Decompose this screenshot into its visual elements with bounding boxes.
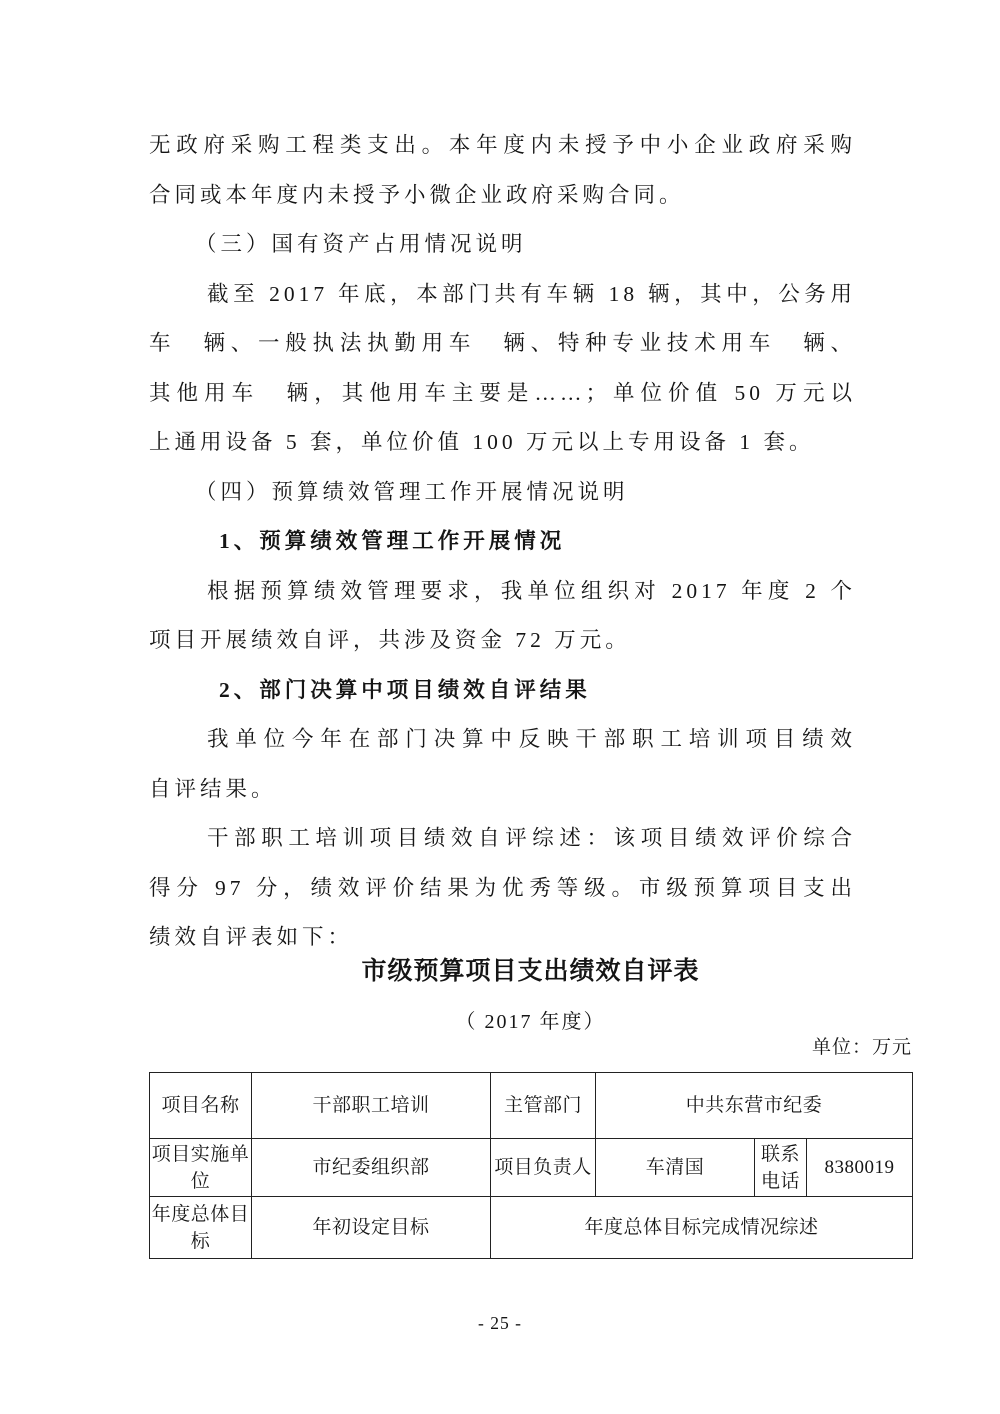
- text-line: 项目开展绩效自评，共涉及资金 72 万元。: [149, 616, 856, 666]
- text-line: 合同或本年度内未授予小微企业政府采购合同。: [149, 171, 856, 221]
- project-leader-label-cell: 项目负责人: [491, 1139, 596, 1197]
- supervisor-dept-value-cell: 中共东营市纪委: [596, 1073, 913, 1139]
- text-line: 我单位今年在部门决算中反映干部职工培训项目绩效: [149, 715, 856, 765]
- table-row: 项目名称 干部职工培训 主管部门 中共东营市纪委: [150, 1073, 913, 1139]
- text-line: 截至 2017 年底，本部门共有车辆 18 辆，其中，公务用: [149, 270, 856, 320]
- text-line: 根据预算绩效管理要求，我单位组织对 2017 年度 2 个: [149, 567, 856, 617]
- project-name-label-cell: 项目名称: [150, 1073, 252, 1139]
- contact-phone-value-cell: 8380019: [807, 1139, 913, 1197]
- goal-completion-cell: 年度总体目标完成情况综述: [491, 1197, 913, 1259]
- unit-label: 单位：万元: [149, 1036, 912, 1060]
- numbered-heading: 1、预算绩效管理工作开展情况: [149, 517, 856, 567]
- text-line: 干部职工培训项目绩效自评综述：该项目绩效评价综合: [149, 814, 856, 864]
- project-name-value-cell: 干部职工培训: [252, 1073, 491, 1139]
- implement-unit-label-cell: 项目实施单位: [150, 1139, 252, 1197]
- supervisor-dept-label-cell: 主管部门: [491, 1073, 596, 1139]
- text-line: 自评结果。: [149, 765, 856, 815]
- table-subtitle: （ 2017 年度）: [149, 1008, 912, 1036]
- contact-phone-label-cell: 联系电话: [755, 1139, 807, 1197]
- text-line: 无政府采购工程类支出。本年度内未授予中小企业政府采购: [149, 121, 856, 171]
- table-row: 项目实施单位 市纪委组织部 项目负责人 车清国 联系电话 8380019: [150, 1139, 913, 1197]
- initial-goal-cell: 年初设定目标: [252, 1197, 491, 1259]
- project-leader-value-cell: 车清国: [596, 1139, 755, 1197]
- numbered-heading: 2、部门决算中项目绩效自评结果: [149, 666, 856, 716]
- table-row: 年度总体目标 年初设定目标 年度总体目标完成情况综述: [150, 1197, 913, 1259]
- section-heading: （三）国有资产占用情况说明: [149, 220, 856, 270]
- table-section: 市级预算项目支出绩效自评表 （ 2017 年度） 单位：万元 项目名称 干部职工…: [149, 948, 912, 1259]
- text-line: 其他用车 辆，其他用车主要是……；单位价值 50 万元以: [149, 369, 856, 419]
- text-line: 上通用设备 5 套，单位价值 100 万元以上专用设备 1 套。: [149, 418, 856, 468]
- body-text: 无政府采购工程类支出。本年度内未授予中小企业政府采购 合同或本年度内未授予小微企…: [149, 121, 856, 963]
- implement-unit-value-cell: 市纪委组织部: [252, 1139, 491, 1197]
- performance-self-evaluation-table: 项目名称 干部职工培训 主管部门 中共东营市纪委 项目实施单位 市纪委组织部 项…: [149, 1072, 913, 1259]
- text-line: 得分 97 分，绩效评价结果为优秀等级。市级预算项目支出: [149, 864, 856, 914]
- document-page: 无政府采购工程类支出。本年度内未授予中小企业政府采购 合同或本年度内未授予小微企…: [0, 0, 1000, 1414]
- annual-goal-label-cell: 年度总体目标: [150, 1197, 252, 1259]
- text-line: 车 辆、一般执法执勤用车 辆、特种专业技术用车 辆、: [149, 319, 856, 369]
- section-heading: （四）预算绩效管理工作开展情况说明: [149, 468, 856, 518]
- page-number: - 25 -: [0, 1311, 1000, 1335]
- table-title: 市级预算项目支出绩效自评表: [149, 954, 912, 990]
